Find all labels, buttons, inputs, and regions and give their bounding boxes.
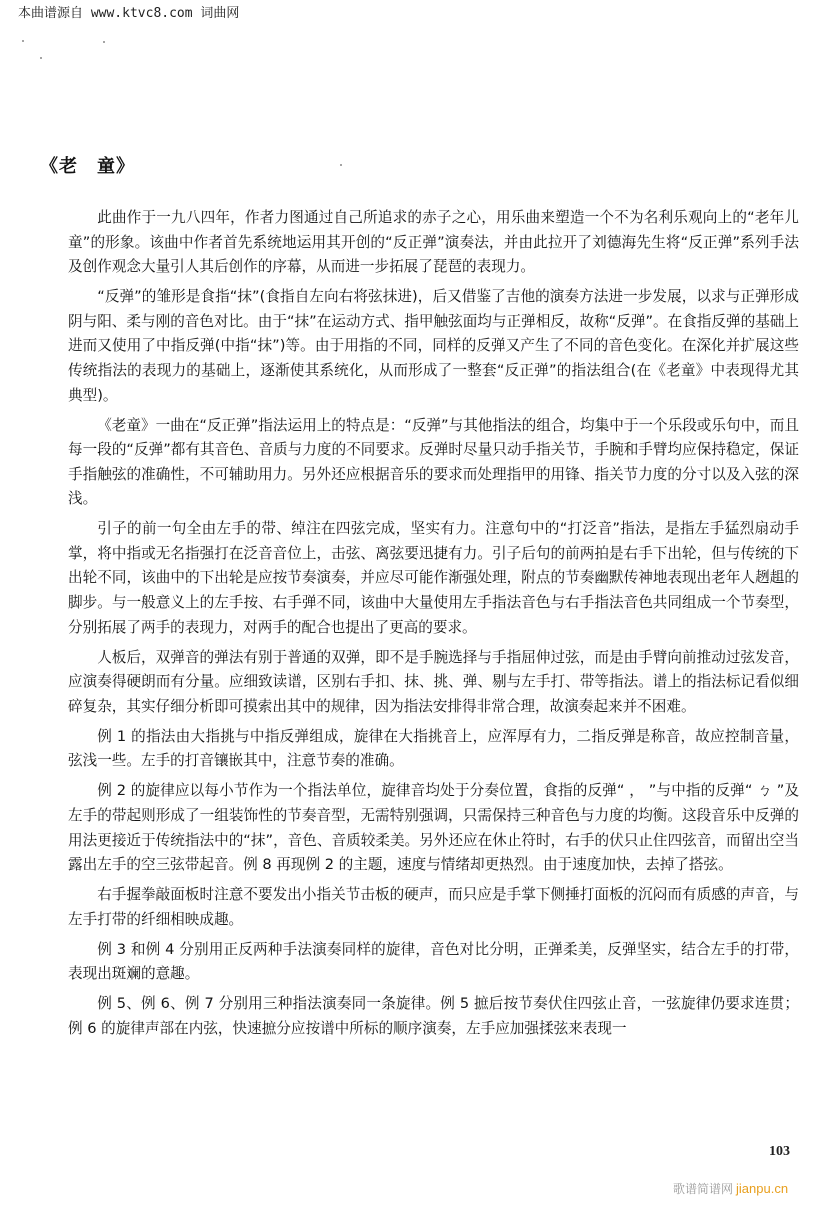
paragraph: 例 5、例 6、例 7 分别用三种指法演奏同一条旋律。例 5 摭后按节奏伏住四弦… — [68, 992, 799, 1041]
source-note: 本曲谱源自 www.ktvc8.com 词曲网 — [18, 2, 239, 21]
paragraph: 《老童》一曲在“反正弹”指法运用上的特点是：“反弹”与其他指法的组合，均集中于一… — [68, 414, 799, 512]
paragraph: 例 2 的旋律应以每小节作为一个指法单位，旋律音均处于分奏位置，食指的反弹“ ，… — [68, 779, 799, 877]
watermark: 歌谱简谱网 jianpu.cn — [673, 1180, 788, 1197]
paragraph: 人板后，双弹音的弹法有别于普通的双弹，即不是手腕选择与手指屈伸过弦，而是由手臂向… — [68, 646, 799, 720]
scan-speck — [103, 41, 105, 43]
paragraph: 右手握拳敲面板时注意不要发出小指关节击板的硬声，而只应是手掌下侧捶打面板的沉闷而… — [68, 883, 799, 932]
paragraph: 例 1 的指法由大指挑与中指反弹组成，旋律在大指挑音上，应浑厚有力，二指反弹是称… — [68, 725, 799, 774]
paragraph: “反弹”的雏形是食指“抹”(食指自左向右将弦抹进)，后又借鉴了吉他的演奏方法进一… — [68, 285, 799, 408]
paragraph: 引子的前一句全由左手的带、绰注在四弦完成，坚实有力。注意句中的“打泛音”指法，是… — [68, 517, 799, 640]
page-number: 103 — [769, 1144, 790, 1160]
paragraph: 此曲作于一九八四年，作者力图通过自己所追求的赤子之心，用乐曲来塑造一个不为名利乐… — [68, 206, 799, 280]
scan-speck — [40, 57, 42, 59]
article-body: 此曲作于一九八四年，作者力图通过自己所追求的赤子之心，用乐曲来塑造一个不为名利乐… — [68, 206, 799, 1047]
scan-speck — [340, 164, 342, 166]
paragraph: 例 3 和例 4 分别用正反两种手法演奏同样的旋律，音色对比分明，正弹柔美，反弹… — [68, 938, 799, 987]
watermark-url: jianpu.cn — [736, 1181, 788, 1196]
page-title: 《老 童》 — [40, 152, 135, 178]
scan-speck — [22, 40, 24, 42]
watermark-site-name: 歌谱简谱网 — [673, 1180, 733, 1197]
